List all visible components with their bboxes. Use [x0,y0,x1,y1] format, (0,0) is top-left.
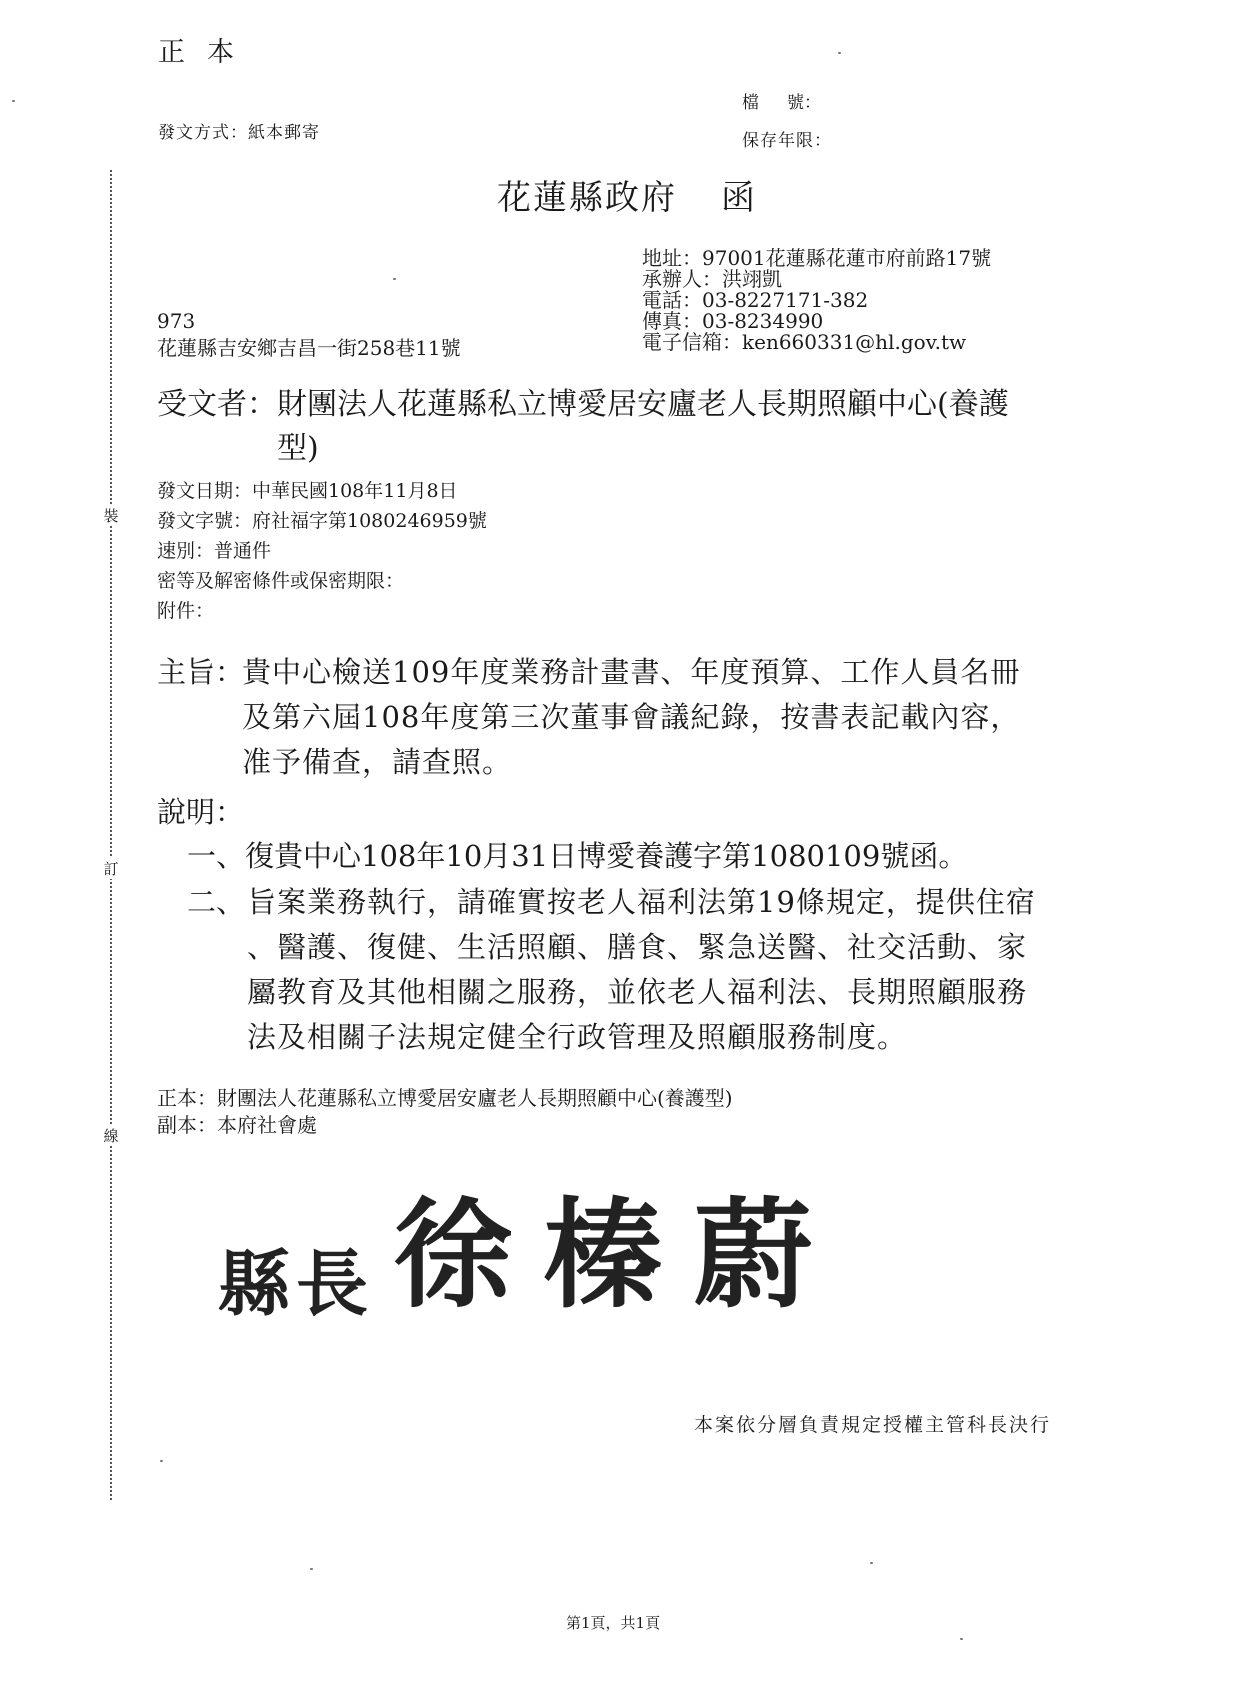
urgency: 速別：普通件 [157,536,487,566]
contact-block: 地址：97001花蓮縣花蓮市府前路17號 承辦人：洪翊凱 電話：03-82271… [642,248,991,353]
recipient-name-line1: 財團法人花蓮縣私立博愛居安廬老人長期照顧中心(養護 [277,387,1009,422]
item-line: 法及相關子法規定健全行政管理及照顧服務制度。 [247,1015,1036,1060]
contact-handler: 承辦人：洪翊凱 [642,269,991,290]
contact-address: 地址：97001花蓮縣花蓮市府前路17號 [642,248,991,269]
recipient: 受文者：財團法人花蓮縣私立博愛居安廬老人長期照顧中心(養護 型) [157,383,1127,471]
original-copy: 正本：財團法人花蓮縣私立博愛居安廬老人長期照顧中心(養護型) [157,1085,733,1112]
recipient-address: 973 花蓮縣吉安鄉吉昌一街258巷11號 [157,308,461,362]
subject-label: 主旨： [157,650,244,695]
issue-date: 發文日期：中華民國108年11月8日 [157,476,487,506]
subject-body: 貴中心檢送109年度業務計畫書、年度預算、工作人員名冊 及第六屆108年度第三次… [242,650,1142,785]
issuer: 花蓮縣政府 [497,178,677,218]
subject-line: 及第六屆108年度第三次董事會議紀錄，按書表記載內容， [242,695,1142,740]
document-meta: 發文日期：中華民國108年11月8日 發文字號：府社福字第1080246959號… [157,476,487,626]
file-number: 檔號： [742,88,821,113]
confidentiality: 密等及解密條件或保密期限： [157,566,487,596]
signature-stamp: 縣長徐榛蔚 [218,1160,844,1330]
item-number: 二、 [187,880,245,925]
scan-speck [960,1638,963,1640]
scan-speck [310,1568,313,1570]
scan-speck [870,1562,873,1564]
scan-speck [393,278,396,280]
scan-speck [12,100,15,102]
recipient-label: 受文者： [157,387,277,422]
attachments: 附件： [157,596,487,626]
doc-type: 函 [721,178,757,218]
recipient-name-line2: 型) [157,427,1127,471]
binding-line [110,170,112,1500]
contact-email: 電子信箱：ken660331@hl.gov.tw [642,332,991,353]
page-number: 第1頁，共1頁 [566,1612,660,1633]
item-number: 一、 [187,839,245,873]
contact-phone: 電話：03-8227171-382 [642,290,991,311]
scan-speck [838,52,841,54]
item-line: 、醫護、復健、生活照顧、膳食、緊急送醫、社交活動、家 [247,925,1036,970]
item-text: 復貴中心108年10月31日博愛養護字第1080109號函。 [245,839,967,873]
file-number-label: 檔 [742,93,787,113]
document-title: 花蓮縣政府函 [497,170,757,219]
duplicate-copy: 副本：本府社會處 [157,1112,733,1139]
signature-name: 徐榛蔚 [394,1185,844,1324]
item-text: 旨案業務執行，請確實按老人福利法第19條規定，提供住宿 、醫護、復健、生活照顧、… [247,880,1036,1060]
contact-fax: 傳真：03-8234990 [642,311,991,332]
send-method: 發文方式：紙本郵寄 [158,118,320,143]
item-line: 旨案業務執行，請確實按老人福利法第19條規定，提供住宿 [247,880,1036,925]
binding-mark-line: 線 [100,1125,122,1146]
item-line: 屬教育及其他相關之服務，並依老人福利法、長期照顧服務 [247,970,1036,1015]
binding-mark-staple: 訂 [100,858,122,879]
file-number-label-2: 號： [787,93,821,113]
delegation-note: 本案依分層負責規定授權主管科長決行 [694,1410,1051,1437]
subject-line: 貴中心檢送109年度業務計畫書、年度預算、工作人員名冊 [242,650,1142,695]
explanation-label: 說明： [157,790,244,831]
signature-title: 縣長 [218,1241,374,1326]
explanation-item-1: 一、復貴中心108年10月31日博愛養護字第1080109號函。 [187,834,967,879]
copy-type: 正本 [158,30,256,69]
doc-number: 發文字號：府社福字第1080246959號 [157,506,487,536]
scan-speck [160,1460,163,1462]
subject-line: 准予備查，請查照。 [242,740,1142,785]
binding-mark-bind: 裝 [100,505,122,526]
postal-code: 973 [157,308,461,335]
copies: 正本：財團法人花蓮縣私立博愛居安廬老人長期照顧中心(養護型) 副本：本府社會處 [157,1085,733,1139]
street-address: 花蓮縣吉安鄉吉昌一街258巷11號 [157,335,461,362]
retention-period: 保存年限： [742,126,832,151]
